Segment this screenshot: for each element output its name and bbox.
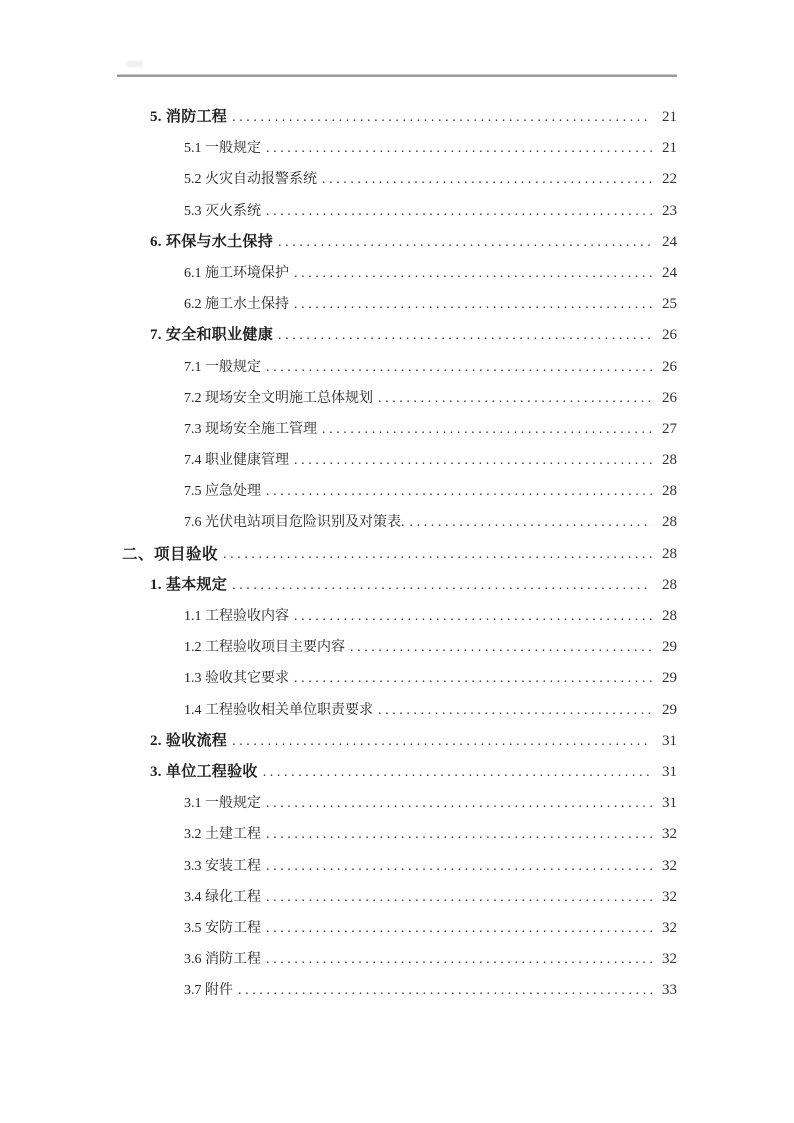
toc-dot-leader [289,258,652,289]
toc-entry[interactable]: 7.4 职业健康管理 28 [117,445,677,476]
toc-entry[interactable]: 1.1 工程验收内容 28 [117,601,677,632]
toc-entry-label: 1. 基本规定 [117,570,227,601]
toc-page-number: 31 [652,788,677,819]
toc-page-number: 21 [652,133,677,164]
toc-entry-label: 3.2 土建工程 [117,819,261,850]
toc-entry[interactable]: 5.2 火灾自动报警系统 22 [117,164,677,195]
toc-page-number: 28 [652,476,677,507]
toc-entry-label: 7. 安全和职业健康 [117,320,273,351]
toc-dot-leader [373,383,652,414]
toc-page-number: 27 [652,414,677,445]
toc-dot-leader [405,507,653,538]
toc-dot-leader [273,227,652,258]
toc-entry-label: 3.6 消防工程 [117,944,261,975]
toc-entry[interactable]: 3.5 安防工程 32 [117,913,677,944]
toc-entry[interactable]: 2. 验收流程 31 [117,726,677,757]
toc-entry[interactable]: 7.1 一般规定 26 [117,352,677,383]
toc-dot-leader [261,352,652,383]
toc-page-number: 33 [652,975,677,1006]
toc-dot-leader [261,819,652,850]
toc-dot-leader [227,570,652,601]
toc-page-number: 21 [652,102,677,133]
toc-page-number: 25 [652,289,677,320]
toc-page-number: 32 [652,819,677,850]
toc-entry[interactable]: 5. 消防工程 21 [117,102,677,133]
toc-entry-label: 7.4 职业健康管理 [117,445,289,476]
toc-dot-leader [317,414,652,445]
toc-dot-leader [261,913,652,944]
document-page: 5. 消防工程 21 5.1 一般规定 21 5.2 火灾自动报警系统 22 5… [0,0,794,1123]
toc-page-number: 26 [652,383,677,414]
toc-dot-leader [317,164,652,195]
toc-page-number: 22 [652,164,677,195]
toc-entry[interactable]: 7. 安全和职业健康 26 [117,320,677,351]
toc-entry[interactable]: 3.4 绿化工程 32 [117,882,677,913]
toc-page-number: 26 [652,320,677,351]
toc-entry-label: 7.6 光伏电站项目危险识别及对策表. [117,507,405,538]
toc-entry-label: 3.3 安装工程 [117,851,261,882]
toc-entry-label: 5.2 火灾自动报警系统 [117,164,317,195]
toc-dot-leader [289,663,652,694]
toc-dot-leader [345,632,652,663]
toc-entry-label: 1.4 工程验收相关单位职责要求 [117,695,373,726]
toc-dot-leader [273,320,652,351]
toc-page-number: 28 [652,570,677,601]
toc-entry-label: 6.1 施工环境保护 [117,258,289,289]
toc-entry[interactable]: 5.3 灭火系统 23 [117,196,677,227]
toc-dot-leader [233,975,652,1006]
toc-dot-leader [258,757,652,788]
toc-dot-leader [289,289,652,320]
toc-dot-leader [289,601,652,632]
toc-entry[interactable]: 3.6 消防工程 32 [117,944,677,975]
toc-entry[interactable]: 1.4 工程验收相关单位职责要求 29 [117,695,677,726]
toc-entry-label: 3.5 安防工程 [117,913,261,944]
toc-entry-label: 1.1 工程验收内容 [117,601,289,632]
toc-entry[interactable]: 6. 环保与水土保持 24 [117,227,677,258]
header-rule [117,74,677,77]
toc-entry-label: 3.1 一般规定 [117,788,261,819]
toc-page-number: 29 [652,632,677,663]
table-of-contents: 5. 消防工程 21 5.1 一般规定 21 5.2 火灾自动报警系统 22 5… [117,102,677,1006]
toc-entry[interactable]: 1.3 验收其它要求 29 [117,663,677,694]
toc-entry[interactable]: 7.6 光伏电站项目危险识别及对策表. 28 [117,507,677,538]
toc-page-number: 23 [652,196,677,227]
toc-entry[interactable]: 3.7 附件 33 [117,975,677,1006]
toc-entry-label: 6. 环保与水土保持 [117,227,273,258]
toc-entry-label: 5.3 灭火系统 [117,196,261,227]
toc-dot-leader [261,476,652,507]
toc-dot-leader [261,851,652,882]
toc-page-number: 26 [652,352,677,383]
toc-entry-label: 6.2 施工水土保持 [117,289,289,320]
toc-entry[interactable]: 5.1 一般规定 21 [117,133,677,164]
toc-dot-leader [218,539,652,570]
toc-dot-leader [261,133,652,164]
toc-page-number: 24 [652,227,677,258]
toc-entry-label: 2. 验收流程 [117,726,227,757]
toc-page-number: 28 [652,601,677,632]
toc-entry[interactable]: 二、项目验收 28 [117,539,677,570]
toc-dot-leader [261,788,652,819]
toc-dot-leader [261,944,652,975]
toc-dot-leader [227,726,652,757]
toc-entry-label: 3.7 附件 [117,975,233,1006]
toc-entry[interactable]: 6.1 施工环境保护 24 [117,258,677,289]
toc-page-number: 28 [652,507,677,538]
toc-entry[interactable]: 7.2 现场安全文明施工总体规划 26 [117,383,677,414]
toc-page-number: 31 [652,726,677,757]
toc-entry-label: 1.3 验收其它要求 [117,663,289,694]
toc-page-number: 32 [652,944,677,975]
toc-page-number: 24 [652,258,677,289]
toc-entry[interactable]: 7.5 应急处理 28 [117,476,677,507]
toc-page-number: 28 [652,539,677,570]
toc-dot-leader [289,445,652,476]
toc-entry-label: 7.5 应急处理 [117,476,261,507]
toc-entry[interactable]: 3. 单位工程验收 31 [117,757,677,788]
toc-entry[interactable]: 1.2 工程验收项目主要内容 29 [117,632,677,663]
toc-entry-label: 5.1 一般规定 [117,133,261,164]
toc-page-number: 29 [652,663,677,694]
toc-page-number: 32 [652,851,677,882]
toc-dot-leader [261,196,652,227]
toc-dot-leader [373,695,652,726]
toc-entry-label: 3.4 绿化工程 [117,882,261,913]
toc-page-number: 28 [652,445,677,476]
toc-entry-label: 7.3 现场安全施工管理 [117,414,317,445]
toc-dot-leader [227,102,652,133]
toc-entry-label: 二、项目验收 [117,539,218,570]
toc-entry[interactable]: 7.3 现场安全施工管理 27 [117,414,677,445]
toc-page-number: 31 [652,757,677,788]
toc-entry[interactable]: 3.3 安装工程 32 [117,851,677,882]
toc-entry[interactable]: 3.2 土建工程 32 [117,819,677,850]
toc-entry-label: 7.1 一般规定 [117,352,261,383]
toc-entry-label: 3. 单位工程验收 [117,757,258,788]
toc-entry[interactable]: 6.2 施工水土保持 25 [117,289,677,320]
toc-dot-leader [261,882,652,913]
toc-page-number: 32 [652,913,677,944]
toc-entry-label: 5. 消防工程 [117,102,227,133]
toc-entry[interactable]: 1. 基本规定 28 [117,570,677,601]
toc-entry-label: 7.2 现场安全文明施工总体规划 [117,383,373,414]
toc-entry-label: 1.2 工程验收项目主要内容 [117,632,345,663]
toc-page-number: 29 [652,695,677,726]
header-smudge [126,61,143,67]
toc-page-number: 32 [652,882,677,913]
toc-entry[interactable]: 3.1 一般规定 31 [117,788,677,819]
